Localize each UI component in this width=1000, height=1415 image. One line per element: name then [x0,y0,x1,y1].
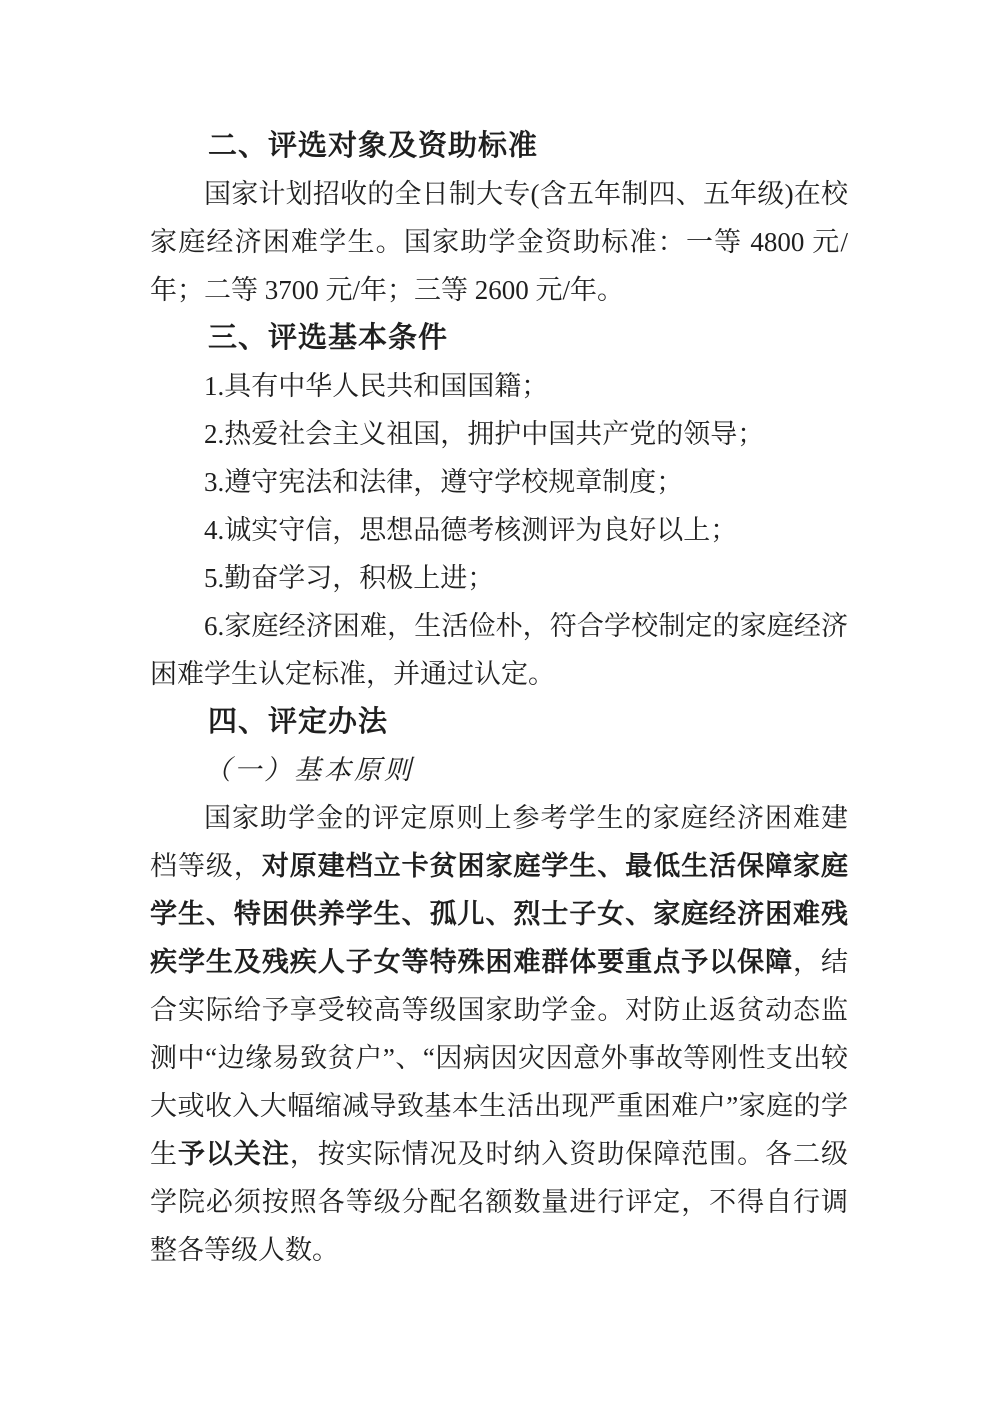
condition-item-5: 5.勤奋学习，积极上进； [150,554,848,602]
document-page: 二、评选对象及资助标准 国家计划招收的全日制大专(含五年制四、五年级)在校家庭经… [0,0,1000,1415]
condition-item-4: 4.诚实守信，思想品德考核测评为良好以上； [150,506,848,554]
section-heading-evaluation-method: 四、评定办法 [150,698,848,746]
text-run-bold-attention: 予以关注 [178,1139,290,1169]
condition-item-1: 1.具有中华人民共和国国籍； [150,362,848,410]
section-heading-selection-targets: 二、评选对象及资助标准 [150,122,848,170]
paragraph-funding-standard: 国家计划招收的全日制大专(含五年制四、五年级)在校家庭经济困难学生。国家助学金资… [150,170,848,314]
condition-item-6: 6.家庭经济困难，生活俭朴，符合学校制定的家庭经济困难学生认定标准，并通过认定。 [150,602,848,698]
condition-item-3: 3.遵守宪法和法律，遵守学校规章制度； [150,458,848,506]
condition-item-2: 2.热爱社会主义祖国，拥护中国共产党的领导； [150,410,848,458]
paragraph-evaluation-principles: 国家助学金的评定原则上参考学生的家庭经济困难建档等级，对原建档立卡贫困家庭学生、… [150,794,848,1274]
section-heading-basic-conditions: 三、评选基本条件 [150,314,848,362]
subsection-heading-basic-principles: （一）基本原则 [150,746,848,794]
text-run-plain: ，结合实际给予享受较高等级国家助学金。对防止返贫动态监测中“边缘易致贫户”、“因… [150,947,848,1169]
